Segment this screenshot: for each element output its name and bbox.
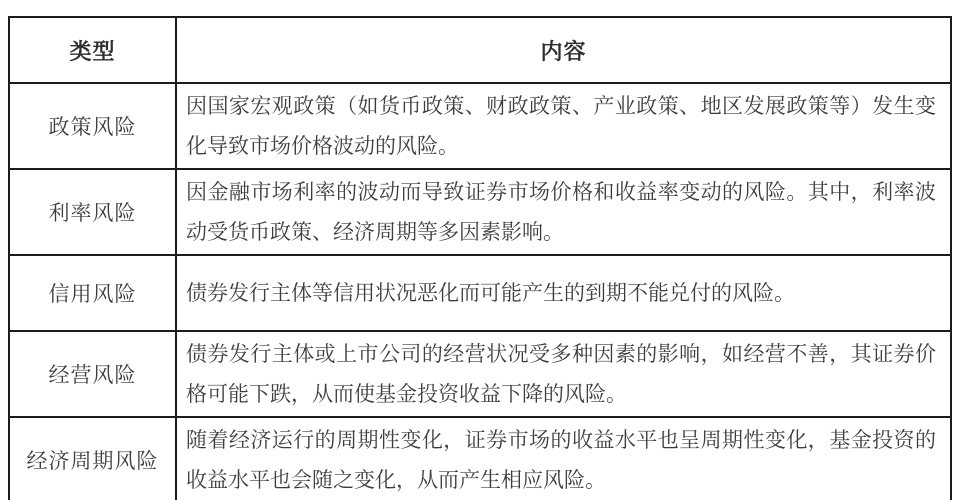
risk-type-cell: 信用风险 (9, 255, 176, 331)
header-cell-type: 类型 (9, 17, 176, 83)
header-cell-content: 内容 (176, 17, 951, 83)
table-row-operating-risk: 经营风险 债券发行主体或上市公司的经营状况受多种因素的影响，如经营不善，其证券价… (9, 331, 951, 417)
risk-content-cell: 因金融市场利率的波动而导致证券市场价格和收益率变动的风险。其中，利率波动受货币政… (176, 169, 951, 255)
table-row-policy-risk: 政策风险 因国家宏观政策（如货币政策、财政政策、产业政策、地区发展政策等）发生变… (9, 83, 951, 169)
risk-type-cell: 利率风险 (9, 169, 176, 255)
risk-content-cell: 随着经济运行的周期性变化，证券市场的收益水平也呈周期性变化，基金投资的收益水平也… (176, 417, 951, 500)
table-row-credit-risk: 信用风险 债券发行主体等信用状况恶化而可能产生的到期不能兑付的风险。 (9, 255, 951, 331)
risk-types-table: 类型 内容 政策风险 因国家宏观政策（如货币政策、财政政策、产业政策、地区发展政… (8, 16, 952, 500)
risk-type-cell: 经营风险 (9, 331, 176, 417)
table-row-economic-cycle-risk: 经济周期风险 随着经济运行的周期性变化，证券市场的收益水平也呈周期性变化，基金投… (9, 417, 951, 500)
risk-content-cell: 因国家宏观政策（如货币政策、财政政策、产业政策、地区发展政策等）发生变化导致市场… (176, 83, 951, 169)
risk-type-cell: 经济周期风险 (9, 417, 176, 500)
document-page: 类型 内容 政策风险 因国家宏观政策（如货币政策、财政政策、产业政策、地区发展政… (0, 0, 968, 500)
risk-content-cell: 债券发行主体等信用状况恶化而可能产生的到期不能兑付的风险。 (176, 255, 951, 331)
risk-type-cell: 政策风险 (9, 83, 176, 169)
table-header-row: 类型 内容 (9, 17, 951, 83)
table-row-interest-rate-risk: 利率风险 因金融市场利率的波动而导致证券市场价格和收益率变动的风险。其中，利率波… (9, 169, 951, 255)
risk-content-cell: 债券发行主体或上市公司的经营状况受多种因素的影响，如经营不善，其证券价格可能下跌… (176, 331, 951, 417)
risk-table-container: 类型 内容 政策风险 因国家宏观政策（如货币政策、财政政策、产业政策、地区发展政… (8, 16, 952, 500)
